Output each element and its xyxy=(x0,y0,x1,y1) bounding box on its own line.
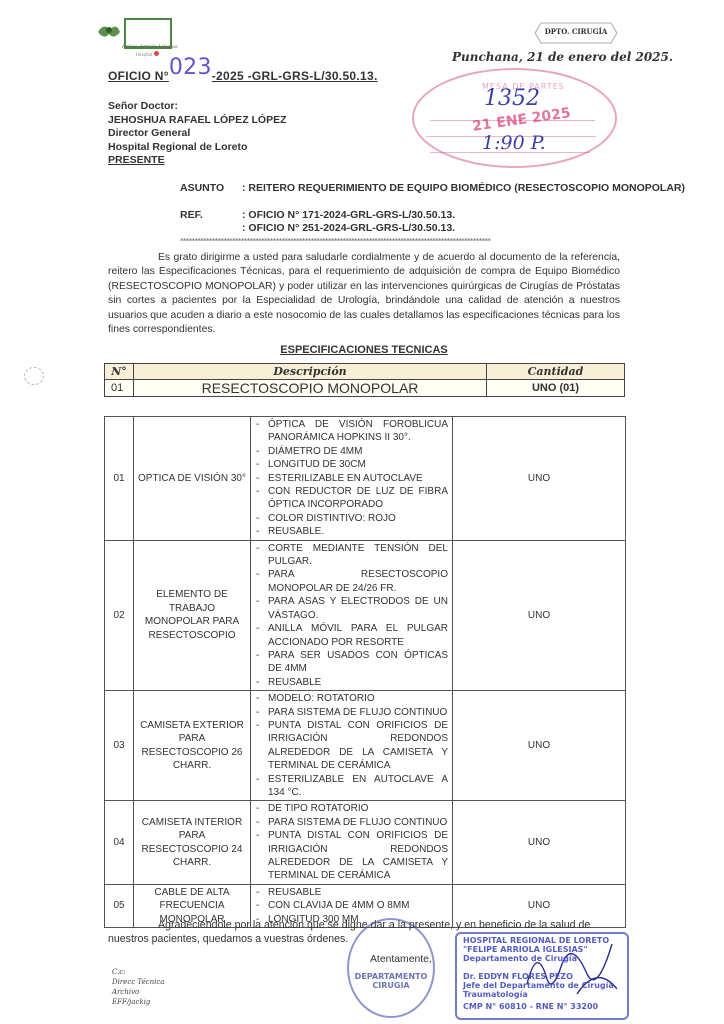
spec-row-number: 04 xyxy=(105,801,134,884)
spec-detail-item: LONGITUD DE 30CM xyxy=(256,458,448,471)
addressee-position: Director General xyxy=(108,127,287,141)
body-paragraph: Es grato dirigirme a usted para saludarl… xyxy=(108,251,620,337)
sign-off: Atentamente, xyxy=(370,954,432,965)
spec-item-quantity: UNO xyxy=(453,417,626,541)
summary-row: 01 RESECTOSCOPIO MONOPOLAR UNO (01) xyxy=(105,380,625,397)
ref-row: : OFICIO N° 251-2024-GRL-GRS-L/30.50.13. xyxy=(180,222,685,235)
spec-row-number: 03 xyxy=(105,691,134,801)
spec-row: 01OPTICA DE VISIÓN 30°ÓPTICA DE VISIÓN F… xyxy=(105,417,626,541)
spec-row: 02ELEMENTO DE TRABAJO MONOPOLAR PARA RES… xyxy=(105,540,626,690)
ref-label: REF. xyxy=(180,209,242,222)
signature-seal-line: Dr. EDDYN FLORES PEZO xyxy=(463,972,573,981)
cc-line: EFF/jackig xyxy=(112,997,164,1007)
department-seal: DEPARTAMENTO CIRUGIA xyxy=(347,918,435,1018)
spec-item-details: DE TIPO ROTATORIOPARA SISTEMA DE FLUJO C… xyxy=(251,801,453,884)
ref-value-1: : OFICIO N° 171-2024-GRL-GRS-L/30.50.13. xyxy=(242,209,455,222)
summary-header-row: N° Descripción Cantidad xyxy=(105,364,625,380)
spec-item-quantity: UNO xyxy=(453,691,626,801)
stamp-handwritten-number: 1352 xyxy=(484,86,540,111)
spec-detail-item: PARA SISTEMA DE FLUJO CONTINUO xyxy=(256,816,448,829)
subject-reference-block: ASUNTO : REITERO REQUERIMIENTO DE EQUIPO… xyxy=(180,182,685,235)
spec-detail-item: ANILLA MÓVIL PARA EL PULGAR ACCIONADO PO… xyxy=(256,622,448,649)
reception-stamp: MESA DE PARTES 1352 21 ENE 2025 1:90 P. xyxy=(412,68,617,168)
header-no: N° xyxy=(105,364,134,380)
addressee-block: Señor Doctor: JEHOSHUA RAFAEL LÓPEZ LÓPE… xyxy=(108,100,287,168)
summary-no: 01 xyxy=(105,380,134,397)
signature-seal-line: Jefe del Departamento de Cirugía xyxy=(463,981,614,990)
ref-label-spacer xyxy=(180,222,242,235)
summary-description: RESECTOSCOPIO MONOPOLAR xyxy=(134,380,487,397)
spec-row-number: 01 xyxy=(105,417,134,541)
oficio-number-handwritten: 023 xyxy=(169,55,212,80)
summary-quantity: UNO (01) xyxy=(487,380,625,397)
spec-detail-item: PUNTA DISTAL CON ORIFICIOS DE IRRIGACIÓN… xyxy=(256,719,448,773)
signature-seal-line: Departamento de Cirugía xyxy=(463,954,577,963)
salutation: Señor Doctor: xyxy=(108,100,287,114)
cc-line: Direcc Técnica xyxy=(112,977,164,987)
spec-detail-item: CON REDUCTOR DE LUZ DE FIBRA ÓPTICA INCO… xyxy=(256,485,448,512)
spec-detail-item: PARA ASAS Y ELECTRODOS DE UN VÁSTAGO. xyxy=(256,595,448,622)
ref-row: REF. : OFICIO N° 171-2024-GRL-GRS-L/30.5… xyxy=(180,209,685,222)
ref-value-2: : OFICIO N° 251-2024-GRL-GRS-L/30.50.13. xyxy=(242,222,455,235)
logo-caption-sub: Hospital xyxy=(136,52,152,57)
logo-red-dot xyxy=(154,51,159,56)
cc-line: C.c: xyxy=(112,967,164,977)
stamp-handwritten-time: 1:90 P. xyxy=(482,132,546,154)
spec-item-details: MODELO: ROTATORIOPARA SISTEMA DE FLUJO C… xyxy=(251,691,453,801)
spec-item-details: CORTE MEDIANTE TENSIÓN DEL PULGAR.PARA R… xyxy=(251,540,453,690)
department-seal-text: DEPARTAMENTO CIRUGIA xyxy=(349,972,433,990)
leaf-emblem-icon xyxy=(96,20,122,42)
header-description: Descripción xyxy=(134,364,487,380)
cc-line: Archivo xyxy=(112,987,164,997)
asunto-row: ASUNTO : REITERO REQUERIMIENTO DE EQUIPO… xyxy=(180,182,685,195)
addressee-name: JEHOSHUA RAFAEL LÓPEZ LÓPEZ xyxy=(108,114,287,128)
summary-table: N° Descripción Cantidad 01 RESECTOSCOPIO… xyxy=(104,363,625,397)
addressee-institution: Hospital Regional de Loreto xyxy=(108,141,287,155)
spec-row-number: 02 xyxy=(105,540,134,690)
spec-item-quantity: UNO xyxy=(453,540,626,690)
spec-detail-item: REUSABLE xyxy=(256,676,448,689)
signature-seal-line: CMP N° 60810 - RNE N° 33200 xyxy=(463,1002,598,1011)
signature-seal-line: HOSPITAL REGIONAL DE LORETO xyxy=(463,936,609,945)
spec-item-name: OPTICA DE VISIÓN 30° xyxy=(134,417,251,541)
spec-detail-item: ESTERILIZABLE EN AUTOCLAVE A 134 °C. xyxy=(256,773,448,800)
asunto-label: ASUNTO xyxy=(180,182,242,195)
spec-row: 03CAMISETA EXTERIOR PARA RESECTOSCOPIO 2… xyxy=(105,691,626,801)
punch-hole-mark xyxy=(24,367,44,385)
signature-seal-line: "FELIPE ARRIOLA IGLESIAS" xyxy=(463,945,588,954)
spec-detail-item: ESTERILIZABLE EN AUTOCLAVE xyxy=(256,472,448,485)
separator-line: ****************************************… xyxy=(180,237,620,245)
spec-item-details: ÓPTICA DE VISIÓN FOROBLICUA PANORÁMICA H… xyxy=(251,417,453,541)
spec-detail-item: CON CLAVIJA DE 4MM O 8MM xyxy=(256,899,448,912)
spec-title: ESPECIFICACIONES TECNICAS xyxy=(108,344,620,356)
header-quantity: Cantidad xyxy=(487,364,625,380)
spec-detail-item: COLOR DISTINTIVO: ROJO xyxy=(256,512,448,525)
spec-item-name: ELEMENTO DE TRABAJO MONOPOLAR PARA RESEC… xyxy=(134,540,251,690)
presente-label: PRESENTE xyxy=(108,154,287,168)
spec-item-name: CAMISETA EXTERIOR PARA RESECTOSCOPIO 26 … xyxy=(134,691,251,801)
cc-block: C.c:Direcc TécnicaArchivoEFF/jackig xyxy=(112,967,164,1007)
department-badge-label: DPTO. CIRUGÍA xyxy=(533,27,619,36)
spec-detail-item: CORTE MEDIANTE TENSIÓN DEL PULGAR. xyxy=(256,542,448,569)
spec-detail-item: ÓPTICA DE VISIÓN FOROBLICUA PANORÁMICA H… xyxy=(256,418,448,445)
signature-seal-line: Traumatología xyxy=(463,990,528,999)
spec-detail-item: REUSABLE xyxy=(256,886,448,899)
logo-caption: Felipe Arriola Iglesias xyxy=(122,44,178,50)
spec-detail-item: DE TIPO ROTATORIO xyxy=(256,802,448,815)
spec-detail-item: DIÁMETRO DE 4MM xyxy=(256,445,448,458)
asunto-value: : REITERO REQUERIMIENTO DE EQUIPO BIOMÉD… xyxy=(242,182,685,195)
spec-detail-item: PARA SER USADOS CON ÓPTICAS DE 4MM xyxy=(256,649,448,676)
spec-detail-item: MODELO: ROTATORIO xyxy=(256,692,448,705)
spec-detail-item: PARA RESECTOSCOPIO MONOPOLAR DE 24/26 FR… xyxy=(256,568,448,595)
spec-item-name: CAMISETA INTERIOR PARA RESECTOSCOPIO 24 … xyxy=(134,801,251,884)
spec-detail-item: PUNTA DISTAL CON ORIFICIOS DE IRRIGACIÓN… xyxy=(256,829,448,883)
department-badge: DPTO. CIRUGÍA xyxy=(533,20,619,46)
signature-seal: HOSPITAL REGIONAL DE LORETO"FELIPE ARRIO… xyxy=(455,932,629,1020)
specifications-table: 01OPTICA DE VISIÓN 30°ÓPTICA DE VISIÓN F… xyxy=(104,416,626,928)
oficio-suffix: -2025 -GRL-GRS-L/30.50.13. xyxy=(212,69,378,83)
spec-row: 04CAMISETA INTERIOR PARA RESECTOSCOPIO 2… xyxy=(105,801,626,884)
spec-detail-item: REUSABLE. xyxy=(256,525,448,538)
oficio-prefix: OFICIO N° xyxy=(108,69,169,83)
oficio-reference: OFICIO N°023-2025 -GRL-GRS-L/30.50.13. xyxy=(108,61,378,86)
date-line: Punchana, 21 de enero del 2025. xyxy=(452,50,673,64)
spec-item-quantity: UNO xyxy=(453,801,626,884)
spec-detail-item: PARA SISTEMA DE FLUJO CONTINUO xyxy=(256,706,448,719)
